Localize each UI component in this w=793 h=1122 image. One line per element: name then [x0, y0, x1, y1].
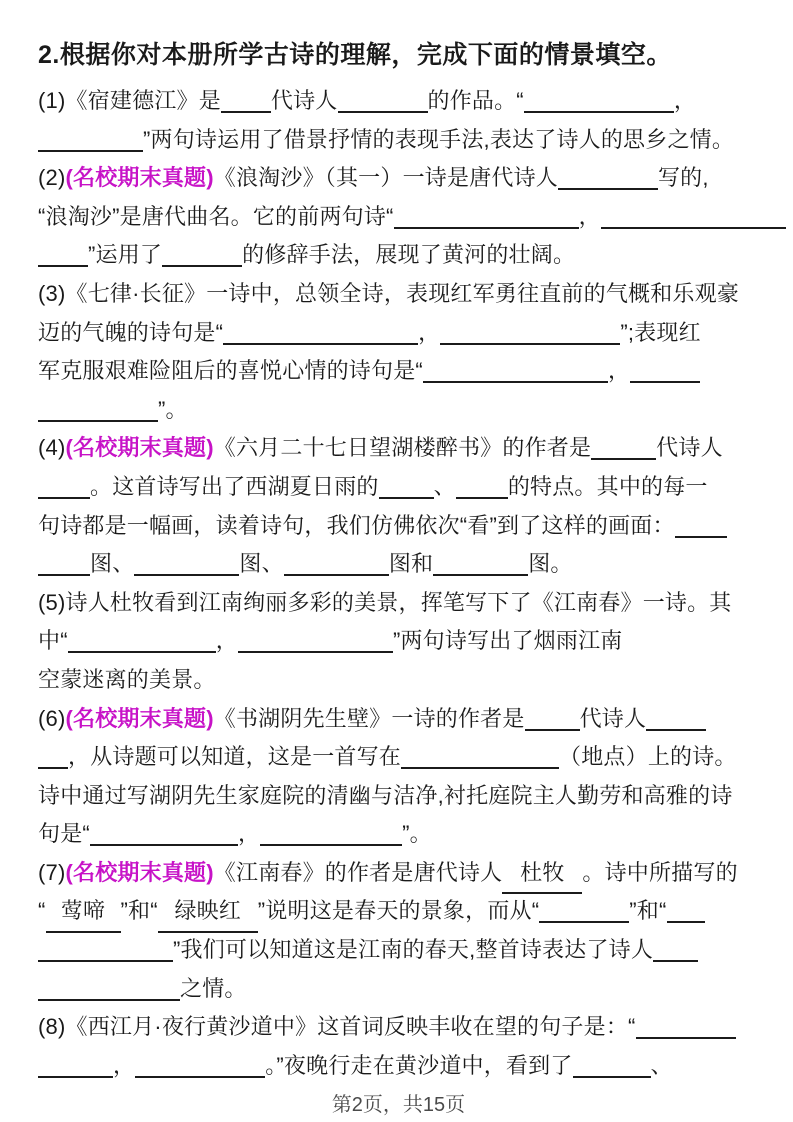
blank-field	[524, 89, 674, 113]
exam-source-tag: (名校期末真题)	[66, 860, 214, 885]
worksheet-line: (7)(名校期末真题)《江南春》的作者是唐代诗人杜牧。诗中所描写的	[38, 854, 759, 893]
blank-field	[38, 552, 90, 576]
text-run: 《六月二十七日望湖楼醉书》的作者是	[214, 435, 591, 460]
text-run: (1)《宿建德江》是	[38, 88, 221, 113]
worksheet-line: 句是“，”。	[38, 815, 759, 854]
blank-field	[38, 745, 68, 769]
worksheet-line: 诗中通过写湖阴先生家庭院的清幽与洁净,衬托庭院主人勤劳和高雅的诗	[38, 777, 759, 816]
text-run: ，	[674, 88, 696, 113]
blank-field	[636, 1015, 736, 1039]
text-run: 诗中通过写湖阴先生家庭院的清幽与洁净,衬托庭院主人勤劳和高雅的诗	[38, 783, 733, 808]
text-run: (2)	[38, 165, 66, 190]
blank-field	[338, 89, 428, 113]
blank-field	[162, 243, 242, 267]
blank-field	[38, 977, 180, 1001]
text-run: 图、	[90, 551, 134, 576]
worksheet-line: 空蒙迷离的美景。	[38, 661, 759, 700]
text-run: 图、	[239, 551, 283, 576]
worksheet-line: (5)诗人杜牧看到江南绚丽多彩的美景，挥笔写下了《江南春》一诗。其	[38, 584, 759, 623]
blank-field	[38, 128, 143, 152]
blank-field	[525, 707, 580, 731]
text-run: ，	[608, 358, 630, 383]
worksheet-line: 之情。	[38, 970, 759, 1009]
text-run: ”;表现红	[620, 320, 700, 345]
blank-field	[90, 822, 238, 846]
text-run: ”两句诗运用了借景抒情的表现手法,表达了诗人的思乡之情。	[143, 127, 734, 152]
text-run: 《浪淘沙》（其一）一诗是唐代诗人	[214, 165, 558, 190]
text-run: 。这首诗写出了西湖夏日雨的	[90, 474, 379, 499]
text-run: 中“	[38, 628, 68, 653]
blank-field	[134, 552, 239, 576]
blank-field	[38, 1054, 113, 1078]
worksheet-line: ”运用了的修辞手法，展现了黄河的壮阔。	[38, 236, 759, 275]
text-run: 代诗人	[271, 88, 338, 113]
exam-source-tag: (名校期末真题)	[66, 165, 214, 190]
text-run: “	[38, 898, 46, 923]
worksheet-line: (8)《西江月·夜行黄沙道中》这首词反映丰收在望的句子是：“	[38, 1008, 759, 1047]
text-run: ”和“	[629, 898, 666, 923]
worksheet-line: 中“，”两句诗写出了烟雨江南	[38, 622, 759, 661]
blank-field	[591, 436, 656, 460]
worksheet-line: 。这首诗写出了西湖夏日雨的、的特点。其中的每一	[38, 468, 759, 507]
text-run: 的修辞手法，展现了黄河的壮阔。	[242, 242, 575, 267]
text-run: ，	[418, 320, 440, 345]
blank-field	[539, 899, 629, 923]
worksheet-line: ，。”夜晚行走在黄沙道中，看到了、	[38, 1047, 759, 1086]
blank-field	[440, 321, 620, 345]
blank-field	[573, 1054, 651, 1078]
worksheet-line: ”两句诗运用了借景抒情的表现手法,表达了诗人的思乡之情。	[38, 121, 759, 160]
text-run: 、	[651, 1053, 673, 1078]
text-run: 《书湖阴先生壁》一诗的作者是	[214, 706, 525, 731]
worksheet-page: 2.根据你对本册所学古诗的理解，完成下面的情景填空。 (1)《宿建德江》是代诗人…	[0, 0, 793, 1122]
blank-field	[221, 89, 271, 113]
worksheet-line: 军克服艰难险阻后的喜悦心情的诗句是“，	[38, 352, 759, 391]
filled-answer: 绿映红	[158, 892, 258, 933]
text-run: 句诗都是一幅画，读着诗句，我们仿佛依次“看”到了这样的画面：	[38, 513, 675, 538]
text-run: 军克服艰难险阻后的喜悦心情的诗句是“	[38, 358, 423, 383]
text-run: 。诗中所描写的	[582, 860, 737, 885]
blank-field	[379, 475, 434, 499]
text-run: ，	[579, 204, 601, 229]
text-run: ，	[216, 628, 238, 653]
worksheet-line: (6)(名校期末真题)《书湖阴先生壁》一诗的作者是代诗人	[38, 700, 759, 739]
blank-field	[38, 243, 88, 267]
text-run: 的作品。“	[428, 88, 524, 113]
worksheet-line: ，从诗题可以知道，这是一首写在（地点）上的诗。	[38, 738, 759, 777]
text-run: ”我们可以知道这是江南的春天,整首诗表达了诗人	[173, 937, 653, 962]
blank-field	[653, 938, 698, 962]
blank-field	[284, 552, 389, 576]
blank-field	[646, 707, 706, 731]
worksheet-line: 迈的气魄的诗句是“，”;表现红	[38, 314, 759, 353]
text-run: ”说明这是春天的景象，而从“	[258, 898, 539, 923]
blank-field	[38, 938, 173, 962]
text-run: ”。	[158, 397, 188, 422]
text-run: 的特点。其中的每一	[508, 474, 708, 499]
worksheet-body: (1)《宿建德江》是代诗人的作品。“，”两句诗运用了借景抒情的表现手法,表达了诗…	[38, 82, 759, 1085]
text-run: 迈的气魄的诗句是“	[38, 320, 223, 345]
text-run: (4)	[38, 435, 66, 460]
blank-field	[260, 822, 402, 846]
blank-field	[558, 166, 658, 190]
text-run: 图和	[389, 551, 433, 576]
blank-field	[401, 745, 559, 769]
blank-field	[38, 398, 158, 422]
blank-field	[394, 205, 579, 229]
section-title: 2.根据你对本册所学古诗的理解，完成下面的情景填空。	[38, 40, 759, 70]
worksheet-line: (1)《宿建德江》是代诗人的作品。“，	[38, 82, 759, 121]
text-run: 。”夜晚行走在黄沙道中，看到了	[265, 1053, 572, 1078]
blank-field	[630, 359, 700, 383]
text-run: 、	[434, 474, 456, 499]
blank-field	[223, 321, 418, 345]
text-run: 空蒙迷离的美景。	[38, 667, 216, 692]
text-run: (7)	[38, 860, 66, 885]
text-run: （地点）上的诗。	[559, 744, 737, 769]
text-run: ”运用了	[88, 242, 162, 267]
text-run: (6)	[38, 706, 66, 731]
blank-field	[667, 899, 705, 923]
filled-answer: 杜牧	[502, 854, 582, 895]
text-run: 代诗人	[580, 706, 647, 731]
worksheet-line: 图、图、图和图。	[38, 545, 759, 584]
text-run: 代诗人	[656, 435, 723, 460]
text-run: “浪淘沙”是唐代曲名。它的前两句诗“	[38, 204, 394, 229]
blank-field	[423, 359, 608, 383]
text-run: (5)诗人杜牧看到江南绚丽多彩的美景，挥笔写下了《江南春》一诗。其	[38, 590, 732, 615]
text-run: 句是“	[38, 821, 90, 846]
worksheet-line: “莺啼”和“绿映红”说明这是春天的景象，而从“”和“	[38, 892, 759, 931]
exam-source-tag: (名校期末真题)	[66, 435, 214, 460]
text-run: 写的,	[658, 165, 709, 190]
blank-field	[456, 475, 508, 499]
blank-field	[135, 1054, 265, 1078]
blank-field	[675, 514, 727, 538]
text-run: ，从诗题可以知道，这是一首写在	[68, 744, 401, 769]
text-run: (8)《西江月·夜行黄沙道中》这首词反映丰收在望的句子是：“	[38, 1014, 636, 1039]
exam-source-tag: (名校期末真题)	[66, 706, 214, 731]
page-number: 第2页，共15页	[38, 1091, 759, 1119]
text-run: ，	[113, 1053, 135, 1078]
worksheet-line: ”我们可以知道这是江南的春天,整首诗表达了诗人	[38, 931, 759, 970]
worksheet-line: 句诗都是一幅画，读着诗句，我们仿佛依次“看”到了这样的画面：	[38, 507, 759, 546]
text-run: ”。	[402, 821, 432, 846]
blank-field	[238, 629, 393, 653]
blank-field	[433, 552, 528, 576]
text-run: ”两句诗写出了烟雨江南	[393, 628, 623, 653]
worksheet-line: “浪淘沙”是唐代曲名。它的前两句诗“，	[38, 198, 759, 237]
filled-answer: 莺啼	[46, 892, 121, 933]
text-run: 之情。	[180, 976, 247, 1001]
text-run: (3)《七律·长征》一诗中，总领全诗，表现红军勇往直前的气概和乐观豪	[38, 281, 739, 306]
worksheet-line: (4)(名校期末真题)《六月二十七日望湖楼醉书》的作者是代诗人	[38, 429, 759, 468]
text-run: 图。	[528, 551, 572, 576]
worksheet-line: ”。	[38, 391, 759, 430]
blank-field	[68, 629, 216, 653]
blank-field	[601, 205, 786, 229]
text-run: 《江南春》的作者是唐代诗人	[214, 860, 503, 885]
worksheet-line: (3)《七律·长征》一诗中，总领全诗，表现红军勇往直前的气概和乐观豪	[38, 275, 759, 314]
text-run: ”和“	[121, 898, 158, 923]
blank-field	[38, 475, 90, 499]
text-run: ，	[238, 821, 260, 846]
worksheet-line: (2)(名校期末真题)《浪淘沙》（其一）一诗是唐代诗人写的,	[38, 159, 759, 198]
